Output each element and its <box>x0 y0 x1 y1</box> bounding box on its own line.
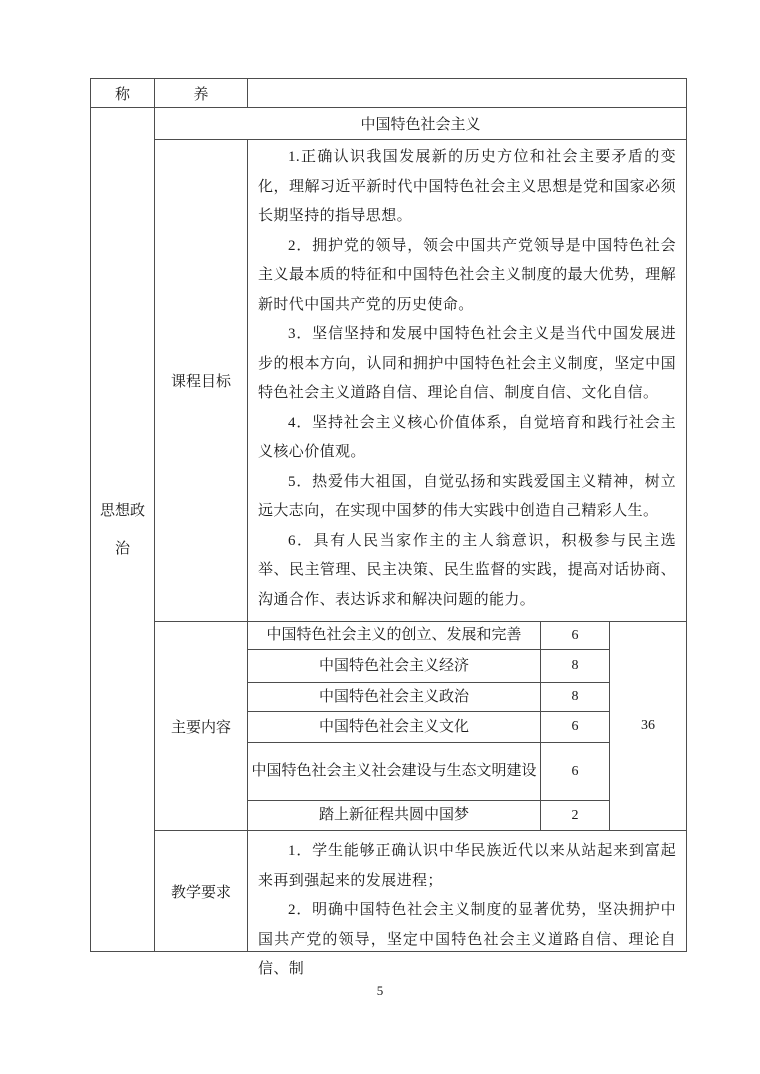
header-cell-yang: 养 <box>155 79 248 108</box>
objective-paragraph: 4．坚持社会主义核心价值体系，自觉培育和践行社会主义核心价值观。 <box>258 409 676 468</box>
requirement-paragraph: 1．学生能够正确认识中华民族近代以来从站起来到富起来再到强起来的发展进程； <box>258 837 676 896</box>
main-content-label-cell: 主要内容 <box>155 622 248 831</box>
hours-cell: 2 <box>541 801 610 831</box>
hours-cell: 6 <box>541 712 610 743</box>
course-title-cell: 中国特色社会主义 <box>155 108 686 140</box>
hours-cell: 8 <box>541 650 610 683</box>
objective-paragraph: 6．具有人民当家作主的主人翁意识，积极参与民主选举、民主管理、民主决策、民生监督… <box>258 527 676 616</box>
topic-cell: 踏上新征程共圆中国梦 <box>248 801 541 831</box>
topic-cell: 中国特色社会主义政治 <box>248 683 541 712</box>
objective-paragraph: 1.正确认识我国发展新的历史方位和社会主要矛盾的变化，理解习近平新时代中国特色社… <box>258 143 676 232</box>
header-cell-empty <box>248 79 686 108</box>
requirement-paragraph: 2．明确中国特色社会主义制度的显著优势，坚决拥护中国共产党的领导，坚定中国特色社… <box>258 896 676 985</box>
objective-paragraph: 3．坚信坚持和发展中国特色社会主义是当代中国发展进步的根本方向，认同和拥护中国特… <box>258 320 676 409</box>
subject-cell: 思想政治 <box>91 108 155 951</box>
document-page: 称 养 思想政治 中国特色社会主义 课程目标 1.正确认识我国发展新的历史方位和… <box>0 0 760 1074</box>
total-hours-cell: 36 <box>610 622 686 831</box>
requirements-label-cell: 教学要求 <box>155 831 248 951</box>
topic-cell: 中国特色社会主义的创立、发展和完善 <box>248 622 541 650</box>
topic-cell: 中国特色社会主义文化 <box>248 712 541 743</box>
objectives-text-cell: 1.正确认识我国发展新的历史方位和社会主要矛盾的变化，理解习近平新时代中国特色社… <box>248 140 686 622</box>
objective-paragraph: 5．热爱伟大祖国，自觉弘扬和实践爱国主义精神，树立远大志向，在实现中国梦的伟大实… <box>258 468 676 527</box>
topic-cell: 中国特色社会主义经济 <box>248 650 541 683</box>
hours-cell: 6 <box>541 743 610 801</box>
subject-label: 思想政治 <box>99 492 147 568</box>
requirements-text-cell: 1．学生能够正确认识中华民族近代以来从站起来到富起来再到强起来的发展进程； 2．… <box>248 831 686 951</box>
hours-cell: 6 <box>541 622 610 650</box>
hours-cell: 8 <box>541 683 610 712</box>
header-cell-cheng: 称 <box>91 79 155 108</box>
objectives-label-cell: 课程目标 <box>155 140 248 622</box>
topic-cell: 中国特色社会主义社会建设与生态文明建设 <box>248 743 541 801</box>
curriculum-table: 称 养 思想政治 中国特色社会主义 课程目标 1.正确认识我国发展新的历史方位和… <box>90 78 687 952</box>
page-number: 5 <box>0 983 760 999</box>
objective-paragraph: 2．拥护党的领导，领会中国共产党领导是中国特色社会主义最本质的特征和中国特色社会… <box>258 232 676 321</box>
